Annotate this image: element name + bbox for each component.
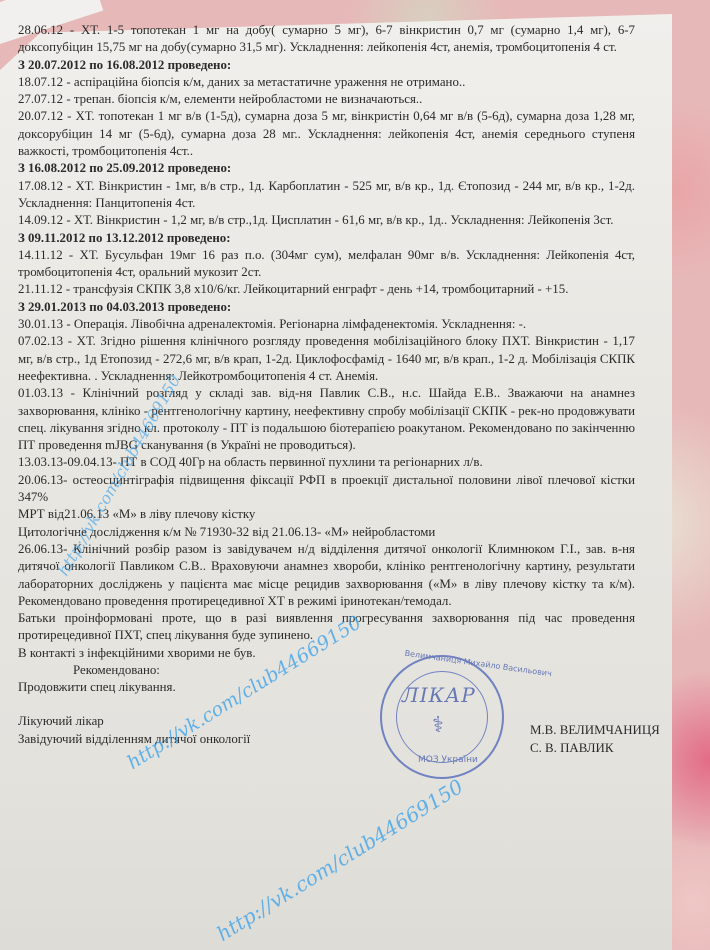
treatment-entry: 18.07.12 - аспіраційна біопсія к/м, дани… (18, 74, 635, 91)
treatment-entry: 27.07.12 - трепан. біопсія к/м, елементи… (18, 91, 635, 108)
period-heading: З 29.01.2013 по 04.03.2013 проведено: (18, 299, 635, 316)
doctor-stamp: Велимчаниця Михайло Васильович ЛІКАР ⚕ М… (380, 655, 504, 779)
treatment-entry: 14.09.12 - ХТ. Вінкристин - 1,2 мг, в/в … (18, 212, 635, 229)
caduceus-icon: ⚕ (432, 713, 444, 738)
stamp-title: ЛІКАР (402, 683, 476, 707)
treatment-entry: Цитологічне дослідження к/м № 71930-32 в… (18, 524, 635, 541)
treatment-entry: 07.02.13 - ХТ. Згідно рішення клінічного… (18, 333, 635, 385)
signature-name: С. В. ПАВЛИК (530, 740, 613, 757)
treatment-entry: 26.06.13- Клінічний розбір разом із заві… (18, 541, 635, 610)
treatment-entry: 14.11.12 - ХТ. Бусульфан 19мг 16 раз п.о… (18, 247, 635, 282)
signature-role: Завідуючий відділенням дитячої онкології (18, 732, 250, 746)
period-heading: З 16.08.2012 по 25.09.2012 проведено: (18, 160, 635, 177)
treatment-entry: 21.11.12 - трансфузія СКПК 3,8 х10/6/кг.… (18, 281, 635, 298)
recommendation-text: Продовжити спец лікування. (18, 679, 635, 696)
treatment-entry: 20.07.12 - ХТ. топотекан 1 мг в/в (1-5д)… (18, 108, 635, 160)
treatment-entry: 01.03.13 - Клінічний розгляд у складі за… (18, 385, 635, 454)
signature-role: Лікуючий лікар (18, 714, 104, 728)
treatment-entry: 17.08.12 - ХТ. Вінкристин - 1мг, в/в стр… (18, 178, 635, 213)
period-heading: З 09.11.2012 по 13.12.2012 проведено: (18, 230, 635, 247)
signature-row-doctor: Лікуючий лікар М.В. ВЕЛИМЧАНИЦЯ (18, 713, 635, 731)
period-heading: З 20.07.2012 по 16.08.2012 проведено: (18, 57, 635, 74)
treatment-entry: 30.01.13 - Операція. Лівобічна адреналек… (18, 316, 635, 333)
treatment-entry: МРТ від21.06.13 «М» в ліву плечову кістк… (18, 506, 635, 523)
treatment-entry: 28.06.12 - ХТ. 1-5 топотекан 1 мг на доб… (18, 22, 635, 57)
signature-row-head: Завідуючий відділенням дитячої онкології… (18, 731, 635, 749)
treatment-entries: 28.06.12 - ХТ. 1-5 топотекан 1 мг на доб… (18, 22, 635, 662)
stamp-ring-bottom-text: МОЗ України (418, 755, 478, 765)
